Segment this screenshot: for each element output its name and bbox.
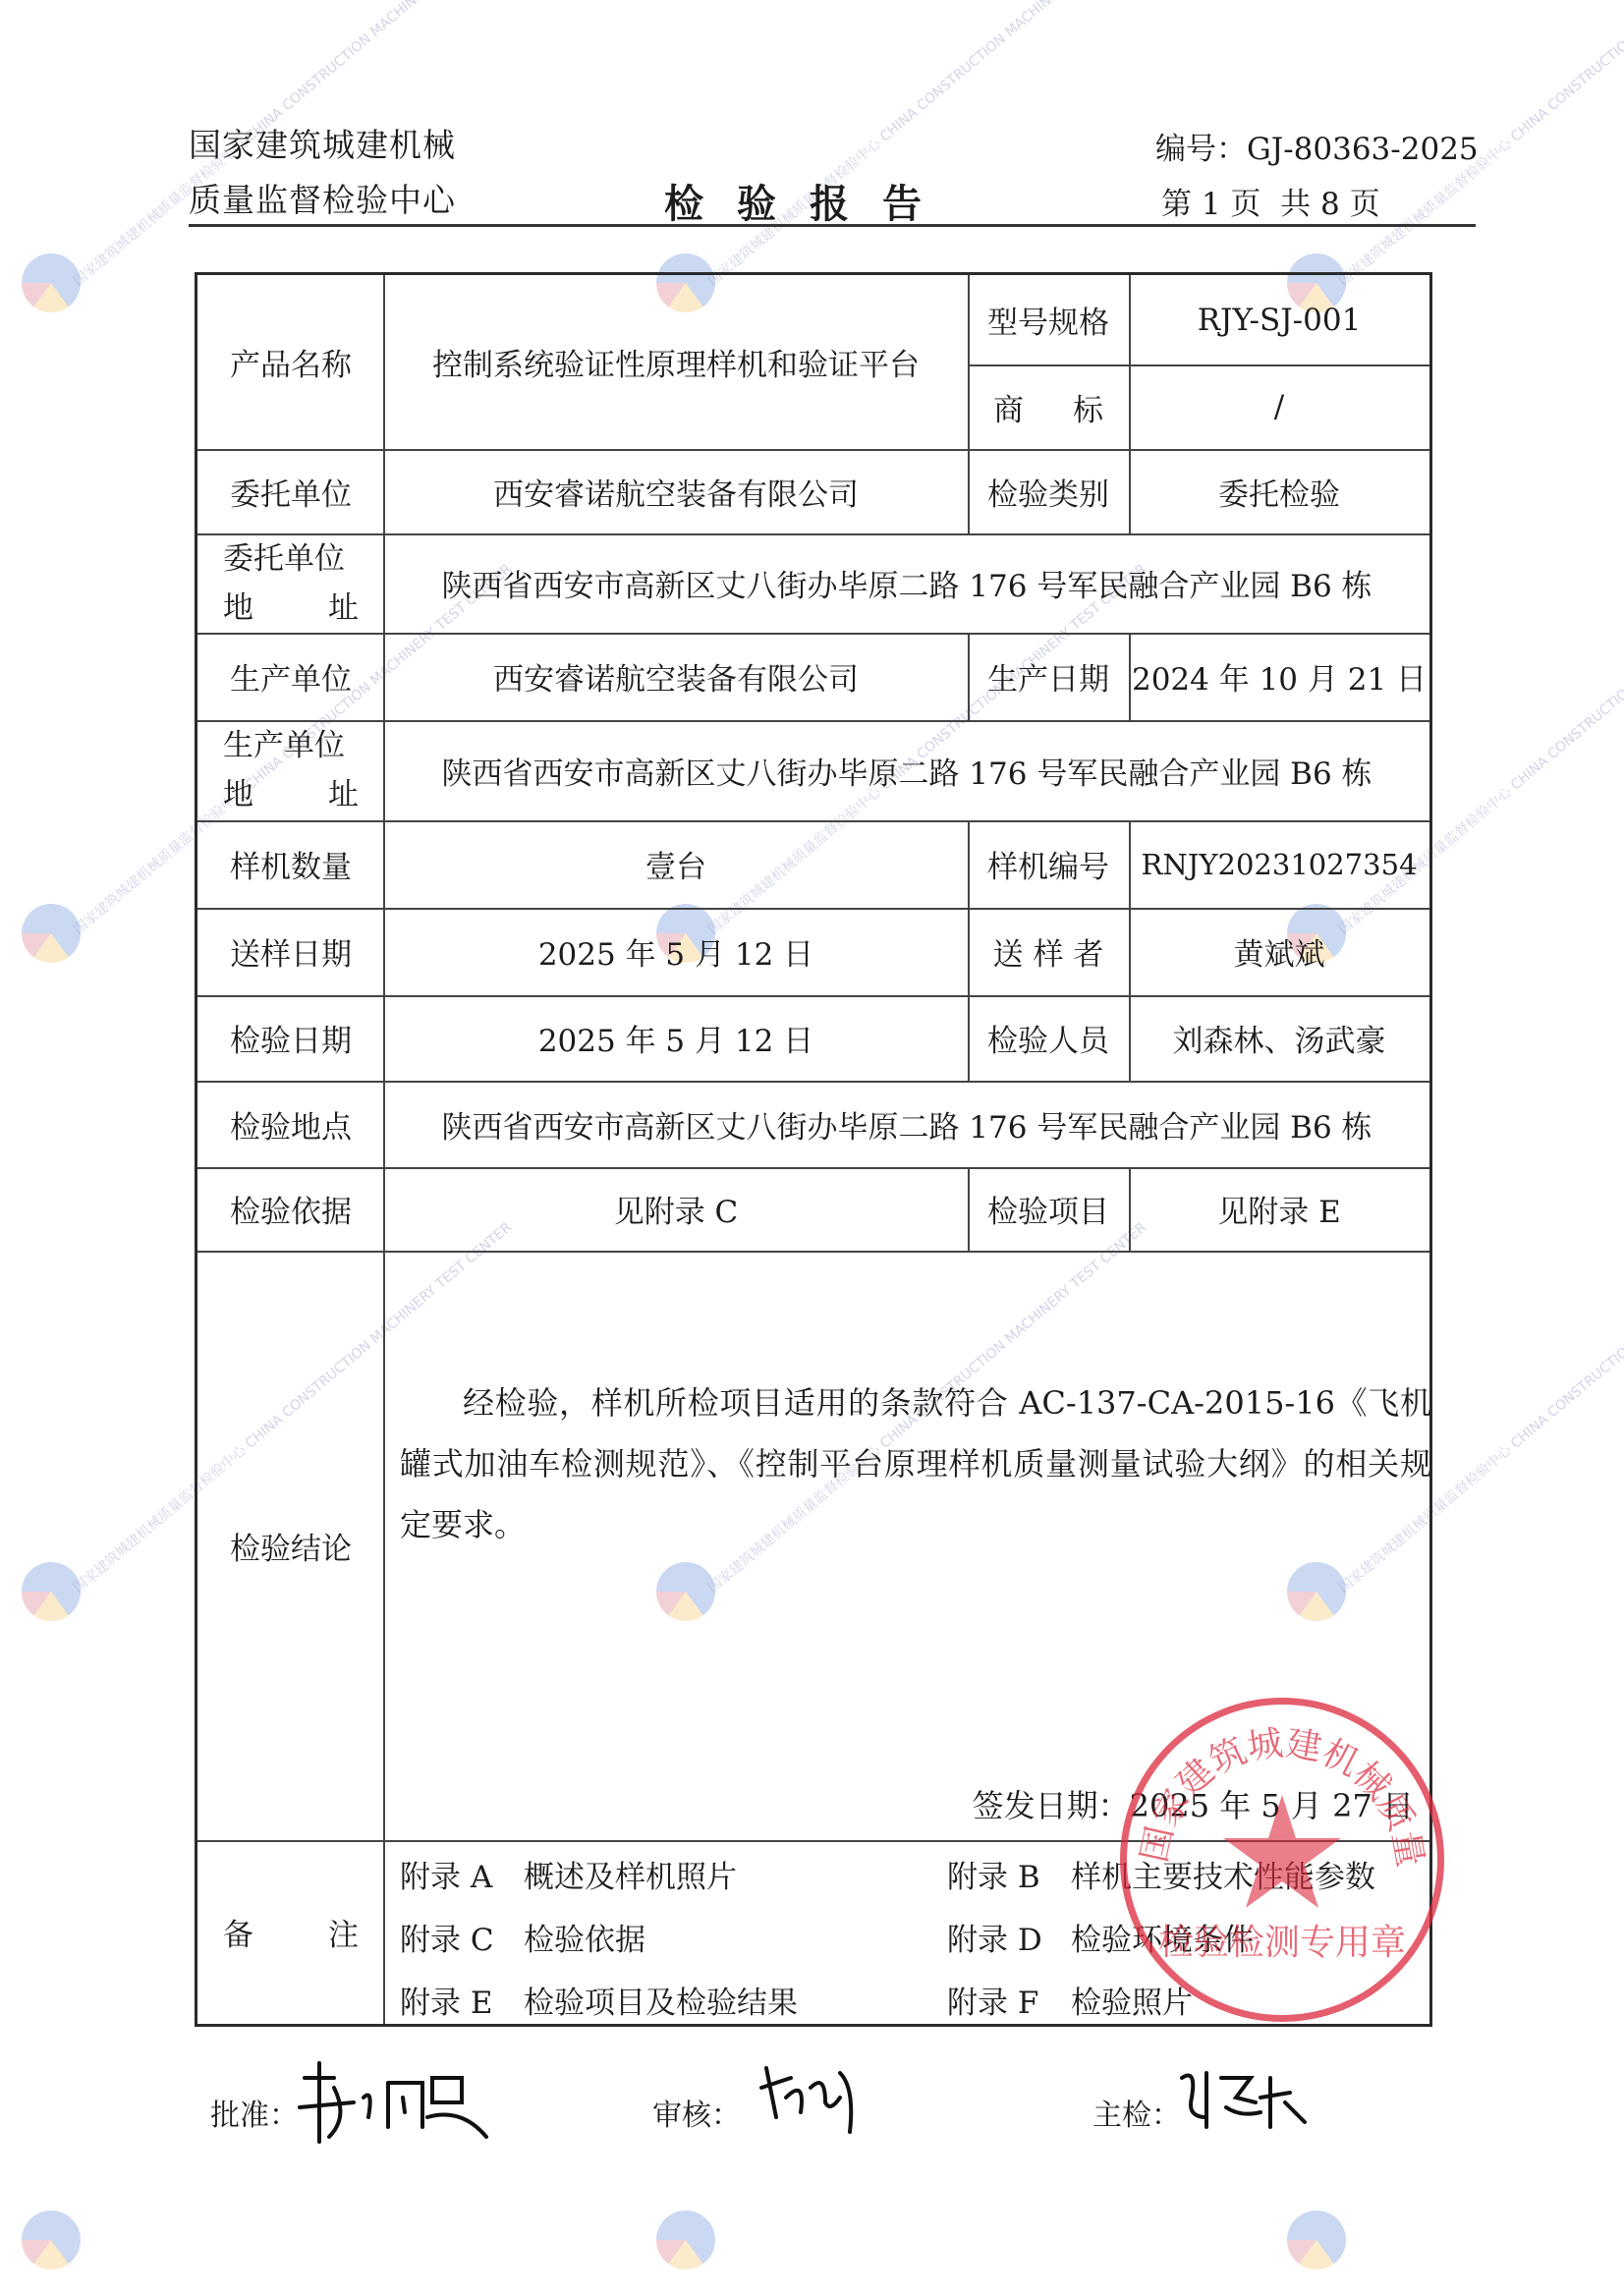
production-date-value: 2024 年 10 月 21 日 [1129, 633, 1429, 720]
review-label: 审核： [652, 2091, 741, 2134]
inspection-type-value: 委托检验 [1129, 449, 1429, 533]
sample-qty-value: 壹台 [384, 820, 968, 908]
remark-item: 附录 D检验环境条件 [947, 1915, 1254, 1959]
remark-code: 附录 F [947, 1978, 1071, 2022]
manufacturer-address-label-a: 生产单位 [223, 721, 345, 770]
inspection-site-value: 陕西省西安市高新区丈八街办毕原二路 176 号军民融合产业园 B6 栋 [384, 1081, 1429, 1167]
remarks-label: 备 注 [197, 1840, 384, 2024]
remark-code: 附录 C [400, 1915, 524, 1959]
watermark-logo-icon [22, 2211, 81, 2269]
org-name-line2: 质量监督检验中心 [189, 175, 456, 221]
manufacturer-address-label-b2: 址 [328, 770, 359, 819]
sender-value: 黄斌斌 [1129, 908, 1429, 995]
client-address-label: 委托单位 地址 [197, 533, 384, 633]
client-address-label-b1: 地 [223, 584, 253, 633]
manufacturer-address-label-b1: 地 [223, 770, 253, 819]
conclusion-cell: 经检验，样机所检项目适用的条款符合 AC-137-CA-2015-16《飞机罐式… [197, 1251, 1429, 1840]
issue-date: 签发日期：2025 年 5 月 27 日 [973, 1781, 1414, 1826]
remark-item: 附录 C检验依据 [400, 1915, 645, 1959]
watermark-logo-icon [1287, 2211, 1346, 2269]
client-value: 西安睿诺航空装备有限公司 [384, 449, 968, 533]
remark-text: 检验照片 [1071, 1986, 1193, 2021]
remark-code: 附录 A [400, 1852, 524, 1896]
report-number: 编号：GJ-80363-2025 [1155, 124, 1479, 168]
delivery-date-value: 2025 年 5 月 12 日 [384, 908, 968, 995]
manufacturer-label: 生产单位 [197, 633, 384, 720]
product-name-value: 控制系统验证性原理样机和验证平台 [384, 275, 968, 449]
report-number-value: GJ-80363-2025 [1247, 132, 1479, 167]
remark-text: 检验环境条件 [1071, 1923, 1254, 1958]
org-name-line1: 国家建筑城建机械 [189, 120, 456, 166]
watermark-logo-icon [22, 904, 81, 963]
remark-item: 附录 F检验照片 [947, 1978, 1193, 2022]
inspection-site-label: 检验地点 [197, 1081, 384, 1167]
header-rule [189, 224, 1476, 227]
sample-no-label: 样机编号 [968, 820, 1129, 908]
remarks-label-a: 备 [223, 1910, 253, 1954]
client-address-label-b2: 址 [328, 584, 359, 633]
remark-code: 附录 E [400, 1978, 524, 2022]
delivery-date-label: 送样日期 [197, 908, 384, 995]
page-title: 检验报告 [664, 173, 955, 229]
model-value: RJY-SJ-001 [1129, 275, 1429, 364]
remark-text: 概述及样机照片 [524, 1860, 737, 1895]
remark-text: 检验依据 [524, 1923, 645, 1958]
model-label: 型号规格 [968, 275, 1129, 364]
inspection-date-value: 2025 年 5 月 12 日 [384, 995, 968, 1081]
approve-label: 批准： [210, 2091, 299, 2134]
chief-inspector-signature [1177, 2058, 1315, 2137]
remark-item: 附录 A概述及样机照片 [400, 1852, 737, 1896]
product-name-label: 产品名称 [197, 275, 384, 449]
reviewer-signature [756, 2058, 874, 2137]
inspection-date-label: 检验日期 [197, 995, 384, 1081]
manufacturer-value: 西安睿诺航空装备有限公司 [384, 633, 968, 720]
remark-item: 附录 E检验项目及检验结果 [400, 1978, 798, 2022]
sample-no-value: RNJY20231027354 [1129, 820, 1429, 908]
client-address-value: 陕西省西安市高新区丈八街办毕原二路 176 号军民融合产业园 B6 栋 [384, 533, 1429, 633]
items-value: 见附录 E [1129, 1167, 1429, 1251]
remark-item: 附录 B样机主要技术性能参数 [947, 1852, 1375, 1896]
report-table: 产品名称 控制系统验证性原理样机和验证平台 型号规格 RJY-SJ-001 商 … [195, 272, 1432, 2027]
watermark-text: 国家建筑城建机械质量监督检验中心 CHINA CONSTRUCTION MACH… [703, 0, 1150, 290]
approver-signature [295, 2058, 501, 2147]
trademark-value: / [1129, 364, 1429, 449]
basis-label: 检验依据 [197, 1167, 384, 1251]
production-date-label: 生产日期 [968, 633, 1129, 720]
remark-code: 附录 B [947, 1852, 1071, 1896]
conclusion-text: 经检验，样机所检项目适用的条款符合 AC-137-CA-2015-16《飞机罐式… [400, 1372, 1431, 1555]
manufacturer-address-label: 生产单位 地址 [197, 720, 384, 820]
sample-qty-label: 样机数量 [197, 820, 384, 908]
trademark-label-b: 标 [1073, 385, 1103, 429]
inspectors-value: 刘森林、汤武豪 [1129, 995, 1429, 1081]
watermark-logo-icon [22, 253, 81, 312]
watermark-logo-icon [656, 2211, 715, 2269]
inspection-type-label: 检验类别 [968, 449, 1129, 533]
client-label: 委托单位 [197, 449, 384, 533]
remark-text: 检验项目及检验结果 [524, 1986, 798, 2021]
watermark-logo-icon [22, 1562, 81, 1621]
trademark-label: 商 标 [968, 364, 1129, 449]
basis-value: 见附录 C [384, 1167, 968, 1251]
remarks-label-b: 注 [328, 1910, 359, 1954]
remark-text: 样机主要技术性能参数 [1071, 1860, 1375, 1895]
remark-code: 附录 D [947, 1915, 1071, 1959]
chief-inspector-label: 主检： [1092, 2091, 1181, 2134]
trademark-label-a: 商 [993, 385, 1024, 429]
page-info: 第 1 页 共 8 页 [1161, 179, 1380, 223]
report-number-label: 编号： [1155, 132, 1247, 167]
client-address-label-a: 委托单位 [223, 534, 345, 584]
items-label: 检验项目 [968, 1167, 1129, 1251]
manufacturer-address-value: 陕西省西安市高新区丈八街办毕原二路 176 号军民融合产业园 B6 栋 [384, 720, 1429, 820]
inspectors-label: 检验人员 [968, 995, 1129, 1081]
sender-label: 送 样 者 [968, 908, 1129, 995]
